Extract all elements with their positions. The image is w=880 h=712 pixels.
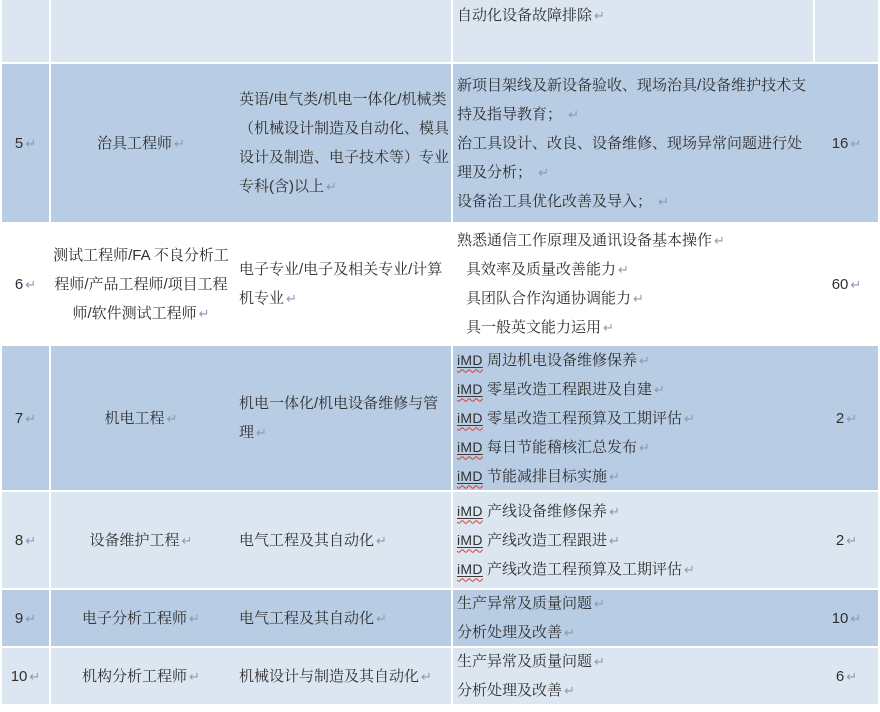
cell-major-requirement[interactable]: 电气工程及其自动化↵ <box>231 492 453 588</box>
duty-line: iMD 节能减排目标实施↵ <box>457 462 813 491</box>
cell-number[interactable]: 6↵ <box>2 224 51 344</box>
table-row: 8↵设备维护工程↵电气工程及其自动化↵iMD 产线设备维修保养↵iMD 产线改造… <box>2 492 878 590</box>
imd-label: iMD <box>457 381 483 398</box>
table-row: 10↵机构分析工程师↵机械设计与制造及其自动化↵生产异常及质量问题↵分析处理及改… <box>2 648 878 706</box>
text-run: 具团队合作沟通协调能力 <box>466 290 631 307</box>
cell-duties[interactable]: 生产异常及质量问题↵分析处理及改善↵ <box>453 590 815 646</box>
imd-label: iMD <box>457 561 483 578</box>
paragraph-mark-icon: ↵ <box>25 270 36 299</box>
cell-major-requirement[interactable] <box>231 0 453 62</box>
cell-duties[interactable]: iMD 产线设备维修保养↵iMD 产线改造工程跟进↵iMD 产线改造工程预算及工… <box>453 492 815 588</box>
duty-line: 具效率及质量改善能力↵ <box>457 255 813 284</box>
paragraph-mark-icon: ↵ <box>25 129 36 158</box>
text-run: 10 <box>832 604 849 633</box>
cell-duties[interactable]: 熟悉通信工作原理及通讯设备基本操作↵具效率及质量改善能力↵具团队合作沟通协调能力… <box>453 224 815 344</box>
job-positions-table: 自动化设备故障排除↵5↵治具工程师↵英语/电气类/机电一体化/机械类（机械设计制… <box>2 0 878 706</box>
paragraph-mark-icon: ↵ <box>286 291 297 306</box>
cell-position[interactable] <box>51 0 231 62</box>
text-run: 设备维护工程 <box>90 532 180 549</box>
text-run: 自动化设备故障排除 <box>457 7 592 24</box>
text-run: 分析处理及改善 <box>457 624 562 641</box>
imd-label-text: iMD <box>457 532 483 548</box>
text-run: 10 <box>11 662 28 691</box>
text-run: 机电一体化/机电设备维修与管理 <box>239 395 438 441</box>
text-run: 分析处理及改善 <box>457 682 562 699</box>
duty-line: 生产异常及质量问题↵ <box>457 590 813 618</box>
duty-line: iMD 零星改造工程预算及工期评估↵ <box>457 404 813 433</box>
paragraph-mark-icon: ↵ <box>684 411 695 426</box>
paragraph-mark-icon: ↵ <box>603 320 614 335</box>
duty-line: iMD 产线改造工程跟进↵ <box>457 526 813 555</box>
paragraph-mark-icon: ↵ <box>850 270 861 299</box>
imd-label: iMD <box>457 503 483 520</box>
text-run: 具一般英文能力运用 <box>466 319 601 336</box>
paragraph-mark-icon: ↵ <box>376 611 387 626</box>
imd-label-text: iMD <box>457 381 483 397</box>
imd-label-text: iMD <box>457 468 483 484</box>
imd-label: iMD <box>457 410 483 427</box>
imd-label-text: iMD <box>457 410 483 426</box>
text-run: 节能减排目标实施 <box>483 468 607 485</box>
cell-duties[interactable]: 新项目架线及新设备验收、现场治具/设备维护技术支持及指导教育； ↵治工具设计、改… <box>453 64 815 222</box>
cell-number[interactable]: 5↵ <box>2 64 51 222</box>
text-run: 设备治工具优化改善及导入； <box>457 193 656 210</box>
paragraph-mark-icon: ↵ <box>189 669 200 684</box>
duty-line: iMD 产线改造工程预算及工期评估↵ <box>457 555 813 584</box>
cell-duties[interactable]: 自动化设备故障排除↵ <box>453 0 815 62</box>
major-text: 英语/电气类/机电一体化/机械类（机械设计制造及自动化、模具设计及制造、电子技术… <box>239 85 451 201</box>
text-run: 治工具设计、改良、设备维修、现场异常问题进行处理及分析； <box>457 135 802 181</box>
duty-line: iMD 每日节能稽核汇总发布↵ <box>457 433 813 462</box>
imd-label: iMD <box>457 468 483 485</box>
text-run: 具效率及质量改善能力 <box>466 261 616 278</box>
text-run: 5 <box>15 129 23 158</box>
text-run: 9 <box>15 604 23 633</box>
cell-major-requirement[interactable]: 英语/电气类/机电一体化/机械类（机械设计制造及自动化、模具设计及制造、电子技术… <box>231 64 453 222</box>
paragraph-mark-icon: ↵ <box>256 425 267 440</box>
text-run: 60 <box>832 270 849 299</box>
paragraph-mark-icon: ↵ <box>182 533 193 548</box>
paragraph-mark-icon: ↵ <box>658 194 669 209</box>
position-text: 设备维护工程↵ <box>90 526 193 555</box>
cell-duties[interactable]: iMD 周边机电设备维修保养↵iMD 零星改造工程跟进及自建↵iMD 零星改造工… <box>453 346 815 490</box>
paragraph-mark-icon: ↵ <box>609 533 620 548</box>
paragraph-mark-icon: ↵ <box>421 669 432 684</box>
paragraph-mark-icon: ↵ <box>564 683 575 698</box>
cell-headcount[interactable]: 60↵ <box>815 224 878 344</box>
duty-line: iMD 零星改造工程跟进及自建↵ <box>457 375 813 404</box>
imd-label: iMD <box>457 532 483 549</box>
duty-line: iMD 产线设备维修保养↵ <box>457 497 813 526</box>
paragraph-mark-icon: ↵ <box>846 526 857 555</box>
duty-line: 具一般英文能力运用↵ <box>457 313 813 342</box>
paragraph-mark-icon: ↵ <box>850 129 861 158</box>
paragraph-mark-icon: ↵ <box>189 611 200 626</box>
paragraph-mark-icon: ↵ <box>639 353 650 368</box>
cell-headcount[interactable]: 2↵ <box>815 492 878 588</box>
paragraph-mark-icon: ↵ <box>684 562 695 577</box>
position-text: 测试工程师/FA 不良分析工程师/产品工程师/项目工程师/软件测试工程师↵ <box>52 241 230 328</box>
duty-line: 生产异常及质量问题↵ <box>457 648 813 676</box>
text-run: 治具工程师 <box>97 135 172 152</box>
paragraph-mark-icon: ↵ <box>568 107 579 122</box>
major-text: 电气工程及其自动化↵ <box>239 604 451 633</box>
text-run: 机构分析工程师 <box>82 668 187 685</box>
duty-line: iMD 周边机电设备维修保养↵ <box>457 346 813 375</box>
cell-number[interactable]: 7↵ <box>2 346 51 490</box>
cell-major-requirement[interactable]: 机电一体化/机电设备维修与管理↵ <box>231 346 453 490</box>
paragraph-mark-icon: ↵ <box>25 604 36 633</box>
position-text: 电子分析工程师↵ <box>82 604 200 633</box>
cell-duties[interactable]: 生产异常及质量问题↵分析处理及改善↵ <box>453 648 815 704</box>
paragraph-mark-icon: ↵ <box>25 526 36 555</box>
cell-headcount[interactable] <box>815 0 878 62</box>
duty-line: 熟悉通信工作原理及通讯设备基本操作↵ <box>457 226 813 255</box>
text-run: 6 <box>836 662 844 691</box>
text-run: 机械设计与制造及其自动化 <box>239 668 419 685</box>
paragraph-mark-icon: ↵ <box>594 654 605 669</box>
duty-line: 自动化设备故障排除↵ <box>457 1 811 30</box>
cell-position[interactable]: 测试工程师/FA 不良分析工程师/产品工程师/项目工程师/软件测试工程师↵ <box>51 224 231 344</box>
paragraph-mark-icon: ↵ <box>594 8 605 23</box>
imd-label-text: iMD <box>457 352 483 368</box>
paragraph-mark-icon: ↵ <box>25 404 36 433</box>
cell-number[interactable]: 10↵ <box>2 648 51 704</box>
paragraph-mark-icon: ↵ <box>29 662 40 691</box>
paragraph-mark-icon: ↵ <box>714 233 725 248</box>
imd-label-text: iMD <box>457 561 483 577</box>
text-run: 电子分析工程师 <box>82 610 187 627</box>
paragraph-mark-icon: ↵ <box>538 165 549 180</box>
major-text: 机电一体化/机电设备维修与管理↵ <box>239 389 451 447</box>
text-run: 英语/电气类/机电一体化/机械类（机械设计制造及自动化、模具设计及制造、电子技术… <box>239 91 449 195</box>
duty-line: 分析处理及改善↵ <box>457 676 813 704</box>
imd-label: iMD <box>457 439 483 456</box>
table-row: 9↵电子分析工程师↵电气工程及其自动化↵生产异常及质量问题↵分析处理及改善↵10… <box>2 590 878 648</box>
paragraph-mark-icon: ↵ <box>654 382 665 397</box>
paragraph-mark-icon: ↵ <box>633 291 644 306</box>
paragraph-mark-icon: ↵ <box>850 604 861 633</box>
paragraph-mark-icon: ↵ <box>326 179 337 194</box>
imd-label: iMD <box>457 352 483 369</box>
table-row: 6↵测试工程师/FA 不良分析工程师/产品工程师/项目工程师/软件测试工程师↵电… <box>2 224 878 346</box>
position-text: 机电工程↵ <box>105 404 178 433</box>
document-page: 自动化设备故障排除↵5↵治具工程师↵英语/电气类/机电一体化/机械类（机械设计制… <box>0 0 880 712</box>
text-run: 新项目架线及新设备验收、现场治具/设备维护技术支持及指导教育； <box>457 77 806 123</box>
text-run: 生产异常及质量问题 <box>457 595 592 612</box>
paragraph-mark-icon: ↵ <box>846 404 857 433</box>
text-run: 产线改造工程跟进 <box>483 532 607 549</box>
cell-position[interactable]: 机构分析工程师↵ <box>51 648 231 704</box>
major-text: 机械设计与制造及其自动化↵ <box>239 662 451 691</box>
text-run: 产线设备维修保养 <box>483 503 607 520</box>
paragraph-mark-icon: ↵ <box>376 533 387 548</box>
paragraph-mark-icon: ↵ <box>564 625 575 640</box>
duty-line: 治工具设计、改良、设备维修、现场异常问题进行处理及分析； ↵ <box>457 129 813 187</box>
text-run: 8 <box>15 526 23 555</box>
text-run: 周边机电设备维修保养 <box>483 352 637 369</box>
position-text: 机构分析工程师↵ <box>82 662 200 691</box>
cell-headcount[interactable]: 10↵ <box>815 590 878 646</box>
paragraph-mark-icon: ↵ <box>639 440 650 455</box>
paragraph-mark-icon: ↵ <box>167 411 178 426</box>
cell-headcount[interactable]: 6↵ <box>815 648 878 704</box>
text-run: 机电工程 <box>105 410 165 427</box>
text-run: 6 <box>15 270 23 299</box>
cell-major-requirement[interactable]: 电子专业/电子及相关专业/计算机专业↵ <box>231 224 453 344</box>
text-run: 生产异常及质量问题 <box>457 653 592 670</box>
major-text: 电子专业/电子及相关专业/计算机专业↵ <box>239 255 451 313</box>
text-run: 7 <box>15 404 23 433</box>
cell-number[interactable] <box>2 0 51 62</box>
cell-position[interactable]: 治具工程师↵ <box>51 64 231 222</box>
paragraph-mark-icon: ↵ <box>846 662 857 691</box>
text-run: 零星改造工程预算及工期评估 <box>483 410 682 427</box>
text-run: 电气工程及其自动化 <box>239 532 374 549</box>
paragraph-mark-icon: ↵ <box>609 469 620 484</box>
cell-position[interactable]: 电子分析工程师↵ <box>51 590 231 646</box>
cell-headcount[interactable]: 2↵ <box>815 346 878 490</box>
paragraph-mark-icon: ↵ <box>199 306 210 321</box>
text-run: 2 <box>836 404 844 433</box>
text-run: 16 <box>832 129 849 158</box>
paragraph-mark-icon: ↵ <box>609 504 620 519</box>
position-text: 治具工程师↵ <box>97 129 185 158</box>
text-run: 熟悉通信工作原理及通讯设备基本操作 <box>457 232 712 249</box>
duty-line: 分析处理及改善↵ <box>457 618 813 646</box>
text-run: 每日节能稽核汇总发布 <box>483 439 637 456</box>
table-row: 7↵机电工程↵机电一体化/机电设备维修与管理↵iMD 周边机电设备维修保养↵iM… <box>2 346 878 492</box>
cell-position[interactable]: 设备维护工程↵ <box>51 492 231 588</box>
text-run: 电气工程及其自动化 <box>239 610 374 627</box>
paragraph-mark-icon: ↵ <box>618 262 629 277</box>
text-run: 电子专业/电子及相关专业/计算机专业 <box>239 261 442 307</box>
cell-number[interactable]: 8↵ <box>2 492 51 588</box>
text-run: 产线改造工程预算及工期评估 <box>483 561 682 578</box>
cell-major-requirement[interactable]: 电气工程及其自动化↵ <box>231 590 453 646</box>
paragraph-mark-icon: ↵ <box>174 136 185 151</box>
imd-label-text: iMD <box>457 439 483 455</box>
table-row: 自动化设备故障排除↵ <box>2 0 878 64</box>
duty-line: 具团队合作沟通协调能力↵ <box>457 284 813 313</box>
duty-line: 新项目架线及新设备验收、现场治具/设备维护技术支持及指导教育； ↵ <box>457 71 813 129</box>
duty-line: 设备治工具优化改善及导入； ↵ <box>457 187 813 216</box>
imd-label-text: iMD <box>457 503 483 519</box>
table-row: 5↵治具工程师↵英语/电气类/机电一体化/机械类（机械设计制造及自动化、模具设计… <box>2 64 878 224</box>
text-run: 零星改造工程跟进及自建 <box>483 381 652 398</box>
text-run: 2 <box>836 526 844 555</box>
cell-headcount[interactable]: 16↵ <box>815 64 878 222</box>
cell-position[interactable]: 机电工程↵ <box>51 346 231 490</box>
major-text: 电气工程及其自动化↵ <box>239 526 451 555</box>
cell-number[interactable]: 9↵ <box>2 590 51 646</box>
cell-major-requirement[interactable]: 机械设计与制造及其自动化↵ <box>231 648 453 704</box>
paragraph-mark-icon: ↵ <box>594 596 605 611</box>
